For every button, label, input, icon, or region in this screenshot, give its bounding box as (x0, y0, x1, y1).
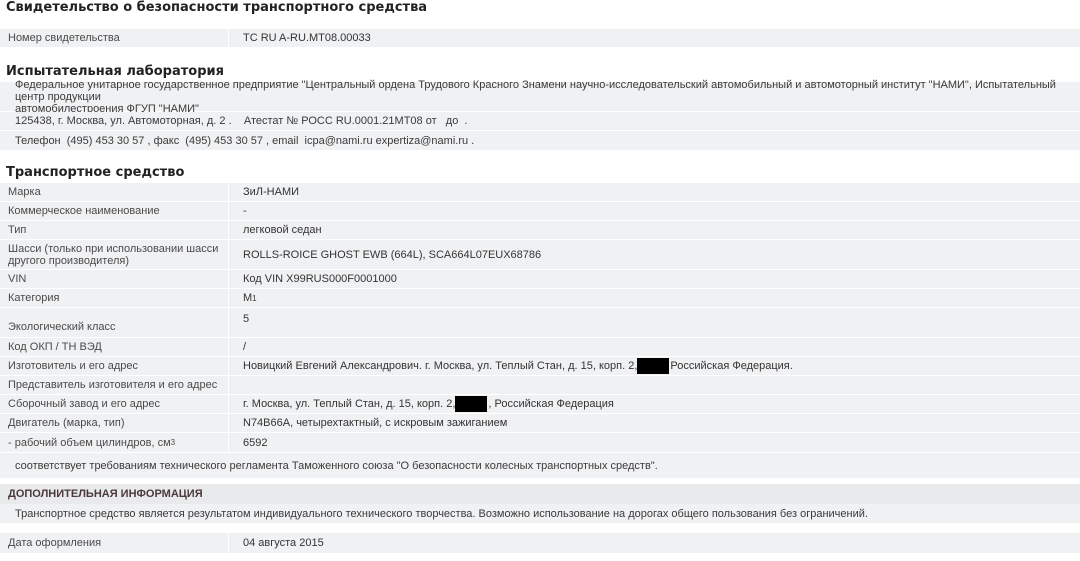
vehicle-row-okp-code: Код ОКП / ТН ВЭД / (0, 338, 1080, 357)
vehicle-row-brand: Марка ЗиЛ-НАМИ (0, 183, 1080, 202)
redaction-box (637, 358, 669, 374)
vehicle-row-value: г. Москва, ул. Теплый Стан, д. 15, корп.… (229, 395, 614, 413)
redaction-box (455, 396, 487, 412)
category-value: M (243, 292, 252, 304)
assembly-plant-address: г. Москва, ул. Теплый Стан, д. 15, корп.… (243, 398, 455, 410)
certificate-number-row: Номер свидетельства ТС RU A-RU.MT08.0003… (0, 29, 1080, 47)
vehicle-row-chassis: Шасси (только при использовании шасси др… (0, 240, 1080, 270)
vehicle-row-label: - рабочий объем цилиндров, см3 (0, 433, 229, 452)
vehicle-row-value: 5 (229, 308, 249, 337)
laboratory-name-line1: Федеральное унитарное государственное пр… (15, 79, 1056, 103)
assembly-plant-country: , Российская Федерация (488, 398, 613, 410)
additional-info-text: Транспортное средство является результат… (0, 508, 868, 520)
vehicle-row-assembly-plant: Сборочный завод и его адрес г. Москва, у… (0, 395, 1080, 414)
vehicle-row-label: Двигатель (марка, тип) (0, 414, 229, 432)
vehicle-row-label: Шасси (только при использовании шасси др… (0, 240, 229, 269)
compliance-row: соответствует требованиям технического р… (0, 453, 1080, 478)
laboratory-contacts: Телефон (495) 453 30 57 , факс (495) 453… (0, 135, 474, 147)
vehicle-row-eco-class: Экологический класс 5 (0, 308, 1080, 338)
vehicle-row-value: легковой седан (229, 221, 322, 239)
vehicle-row-value: M1 (229, 289, 257, 307)
certificate-number-label: Номер свидетельства (0, 29, 229, 47)
vehicle-row-commercial-name: Коммерческое наименование - (0, 202, 1080, 221)
manufacturer-address: Новицкий Евгений Александрович. г. Москв… (243, 360, 637, 372)
vehicle-row-label: Представитель изготовителя и его адрес (0, 376, 229, 394)
vehicle-row-label: Сборочный завод и его адрес (0, 395, 229, 413)
additional-info-row: Транспортное средство является результат… (0, 504, 1080, 523)
vehicle-row-value: Новицкий Евгений Александрович. г. Москв… (229, 357, 793, 375)
page-title: Свидетельство о безопасности транспортно… (0, 0, 433, 16)
laboratory-name-row: Федеральное унитарное государственное пр… (0, 82, 1080, 112)
compliance-text: соответствует требованиям технического р… (0, 460, 658, 472)
vehicle-row-value: / (229, 338, 246, 356)
vehicle-row-displacement: - рабочий объем цилиндров, см3 6592 (0, 433, 1080, 453)
vehicle-row-value: Код VIN X99RUS000F0001000 (229, 270, 397, 288)
vehicle-row-value: ROLLS-ROICE GHOST EWB (664L), SCA664L07E… (229, 240, 541, 269)
certificate-number-value: ТС RU A-RU.MT08.00033 (229, 29, 371, 47)
vehicle-row-value (229, 376, 243, 394)
vehicle-row-label: Экологический класс (0, 308, 229, 337)
vehicle-row-label: Тип (0, 221, 229, 239)
displacement-label: - рабочий объем цилиндров, см (8, 437, 171, 449)
issue-date-row: Дата оформления 04 августа 2015 (0, 533, 1080, 553)
additional-info-title: ДОПОЛНИТЕЛЬНАЯ ИНФОРМАЦИЯ (0, 484, 1080, 504)
vehicle-row-label: Коммерческое наименование (0, 202, 229, 220)
displacement-superscript: 3 (171, 437, 175, 449)
vehicle-row-manufacturer: Изготовитель и его адрес Новицкий Евгени… (0, 357, 1080, 376)
manufacturer-country: Российская Федерация. (670, 360, 792, 372)
vehicle-row-engine: Двигатель (марка, тип) N74B66A, четырехт… (0, 414, 1080, 433)
issue-date-value: 04 августа 2015 (229, 533, 324, 553)
vehicle-row-value: - (229, 202, 247, 220)
vehicle-row-value: ЗиЛ-НАМИ (229, 183, 299, 201)
vehicle-row-vin: VIN Код VIN X99RUS000F0001000 (0, 270, 1080, 289)
vehicle-row-value: 6592 (229, 433, 267, 452)
laboratory-contacts-row: Телефон (495) 453 30 57 , факс (495) 453… (0, 131, 1080, 150)
vehicle-title: Транспортное средство (0, 165, 190, 181)
vehicle-row-representative: Представитель изготовителя и его адрес (0, 376, 1080, 395)
vehicle-row-type: Тип легковой седан (0, 221, 1080, 240)
vehicle-row-label: VIN (0, 270, 229, 288)
laboratory-address: 125438, г. Москва, ул. Автомоторная, д. … (0, 115, 468, 127)
vehicle-row-value: N74B66A, четырехтактный, с искровым зажи… (229, 414, 507, 432)
category-subscript: 1 (252, 294, 256, 303)
issue-date-label: Дата оформления (0, 533, 229, 553)
vehicle-row-category: Категория M1 (0, 289, 1080, 308)
vehicle-row-label: Категория (0, 289, 229, 307)
laboratory-address-row: 125438, г. Москва, ул. Автомоторная, д. … (0, 112, 1080, 131)
vehicle-row-label: Изготовитель и его адрес (0, 357, 229, 375)
vehicle-row-label: Марка (0, 183, 229, 201)
vehicle-row-label: Код ОКП / ТН ВЭД (0, 338, 229, 356)
laboratory-name: Федеральное унитарное государственное пр… (0, 79, 1080, 115)
